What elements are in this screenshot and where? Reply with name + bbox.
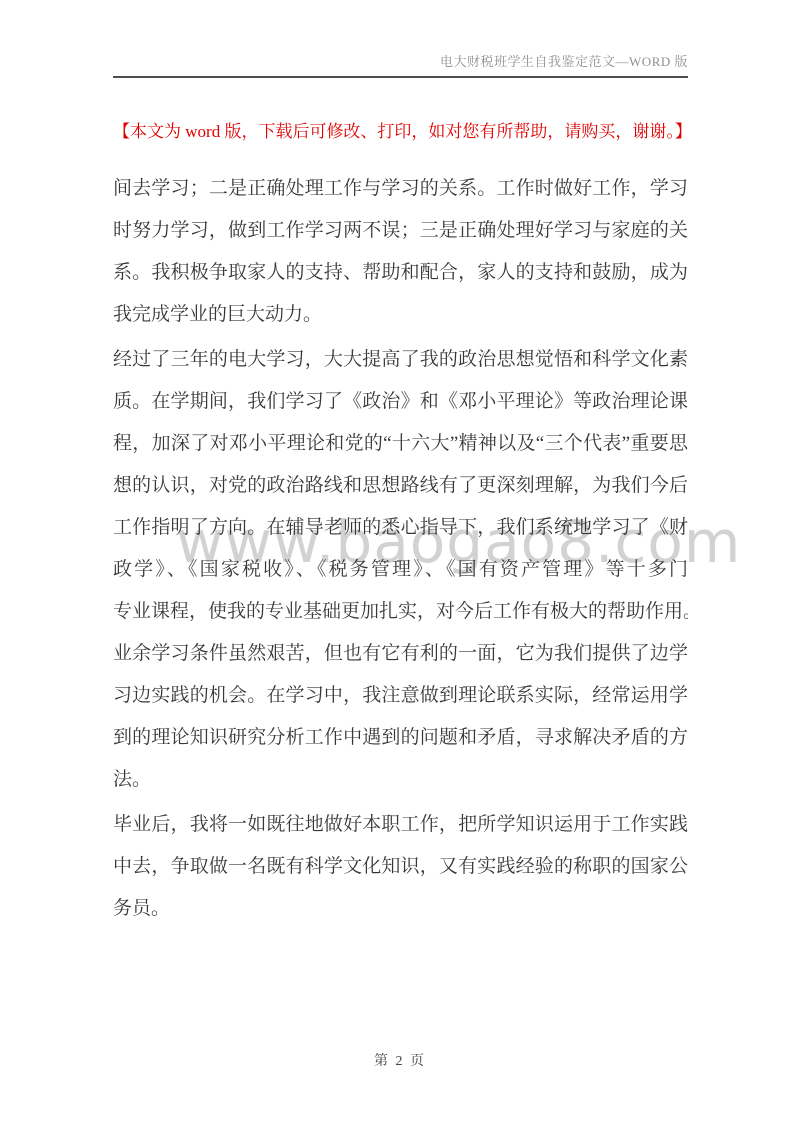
paragraph-study-summary: 经过了三年的电大学习，大大提高了我的政治思想觉悟和科学文化素质。在学期间，我们学… xyxy=(113,339,688,801)
purchase-notice: 【本文为 word 版，下载后可修改、打印，如对您有所帮助，请购买，谢谢。】 xyxy=(113,118,688,145)
text-line: 中去，争取做一名既有科学文化知识，又有实践经验的称职的国家公 xyxy=(113,846,688,888)
text-line: 间去学习；二是正确处理工作与学习的关系。工作时做好工作，学习 xyxy=(113,168,688,210)
text-line: 程，加深了对邓小平理论和党的“十六大”精神以及“三个代表”重要思 xyxy=(113,423,688,465)
page-header: 电大财税班学生自我鉴定范文—WORD 版 xyxy=(113,51,688,70)
page-footer: 第 2 页 xyxy=(0,1050,800,1070)
document-body: 间去学习；二是正确处理工作与学习的关系。工作时做好工作，学习时努力学习，做到工作… xyxy=(113,168,688,933)
text-line: 到的理论知识研究分析工作中遇到的问题和矛盾，寻求解决矛盾的方 xyxy=(113,717,688,759)
paragraph-graduation-pledge: 毕业后，我将一如既往地做好本职工作，把所学知识运用于工作实践中去，争取做一名既有… xyxy=(113,804,688,930)
text-line: 政学》、《国家税收》、《税务管理》、《国有资产管理》等十多门 xyxy=(113,549,688,591)
text-line: 法。 xyxy=(113,759,688,801)
text-line: 务员。 xyxy=(113,888,688,930)
text-line: 专业课程，使我的专业基础更加扎实，对今后工作有极大的帮助作用。 xyxy=(113,591,688,633)
page-number: 第 2 页 xyxy=(374,1054,426,1069)
text-line: 我完成学业的巨大动力。 xyxy=(113,294,688,336)
paragraph-continuation: 间去学习；二是正确处理工作与学习的关系。工作时做好工作，学习时努力学习，做到工作… xyxy=(113,168,688,336)
text-line: 工作指明了方向。在辅导老师的悉心指导下，我们系统地学习了《财 xyxy=(113,507,688,549)
text-line: 毕业后，我将一如既往地做好本职工作，把所学知识运用于工作实践 xyxy=(113,804,688,846)
text-line: 习边实践的机会。在学习中，我注意做到理论联系实际，经常运用学 xyxy=(113,675,688,717)
text-line: 时努力学习，做到工作学习两不误；三是正确处理好学习与家庭的关 xyxy=(113,210,688,252)
header-title: 电大财税班学生自我鉴定范文—WORD 版 xyxy=(440,54,688,69)
text-line: 系。我积极争取家人的支持、帮助和配合，家人的支持和鼓励，成为 xyxy=(113,252,688,294)
text-line: 业余学习条件虽然艰苦，但也有它有利的一面，它为我们提供了边学 xyxy=(113,633,688,675)
text-line: 质。在学期间，我们学习了《政治》和《邓小平理论》等政治理论课 xyxy=(113,381,688,423)
text-line: 想的认识，对党的政治路线和思想路线有了更深刻理解，为我们今后 xyxy=(113,465,688,507)
header-rule xyxy=(113,76,688,78)
document-page: 电大财税班学生自我鉴定范文—WORD 版 【本文为 word 版，下载后可修改、… xyxy=(0,0,800,1132)
text-line: 经过了三年的电大学习，大大提高了我的政治思想觉悟和科学文化素 xyxy=(113,339,688,381)
